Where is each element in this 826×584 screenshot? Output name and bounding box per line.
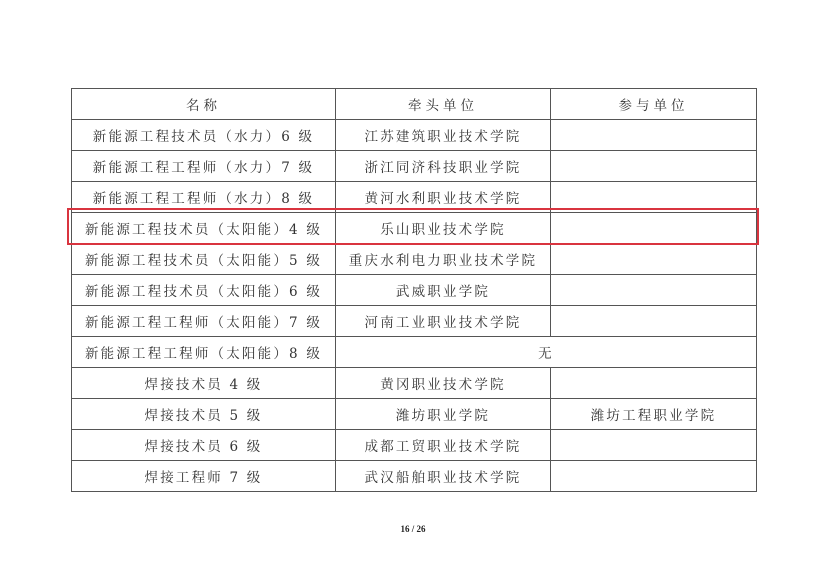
cell-lead-unit: 成都工贸职业技术学院 [336,430,551,461]
table-header-row: 名称 牵头单位 参与单位 [72,89,757,120]
cell-lead-unit: 武威职业学院 [336,275,551,306]
header-participant-unit: 参与单位 [551,89,757,120]
cell-lead-unit: 江苏建筑职业技术学院 [336,120,551,151]
table-row: 新能源工程工程师（水力）7 级 浙江同济科技职业学院 [72,151,757,182]
table-row: 焊接技术员 5 级 潍坊职业学院 潍坊工程职业学院 [72,399,757,430]
cell-name: 新能源工程工程师（太阳能）8 级 [72,337,336,368]
cell-name: 新能源工程工程师（太阳能）7 级 [72,306,336,337]
header-name: 名称 [72,89,336,120]
cell-participant-unit [551,213,757,244]
table-row-highlighted: 新能源工程技术员（太阳能）4 级 乐山职业技术学院 [72,213,757,244]
cell-lead-unit: 黄冈职业技术学院 [336,368,551,399]
cell-participant-unit [551,306,757,337]
cell-lead-unit-merged: 无 [336,337,757,368]
cell-name: 新能源工程技术员（太阳能）6 级 [72,275,336,306]
cell-participant-unit [551,151,757,182]
cell-lead-unit: 武汉船舶职业技术学院 [336,461,551,492]
cell-lead-unit: 黄河水利职业技术学院 [336,182,551,213]
cell-name: 新能源工程技术员（太阳能）5 级 [72,244,336,275]
cell-name: 焊接技术员 4 级 [72,368,336,399]
table-row: 新能源工程技术员（太阳能）6 级 武威职业学院 [72,275,757,306]
cell-name: 焊接技术员 5 级 [72,399,336,430]
table-row: 焊接工程师 7 级 武汉船舶职业技术学院 [72,461,757,492]
cell-lead-unit: 浙江同济科技职业学院 [336,151,551,182]
cell-name: 新能源工程工程师（水力）8 级 [72,182,336,213]
cell-participant-unit: 潍坊工程职业学院 [551,399,757,430]
table-row: 新能源工程工程师（太阳能）7 级 河南工业职业技术学院 [72,306,757,337]
table-row: 焊接技术员 4 级 黄冈职业技术学院 [72,368,757,399]
cell-lead-unit: 河南工业职业技术学院 [336,306,551,337]
table-row: 新能源工程技术员（水力）6 级 江苏建筑职业技术学院 [72,120,757,151]
cell-participant-unit [551,120,757,151]
cell-name: 新能源工程技术员（水力）6 级 [72,120,336,151]
document-page: 名称 牵头单位 参与单位 新能源工程技术员（水力）6 级 江苏建筑职业技术学院 … [0,0,826,584]
cell-lead-unit: 重庆水利电力职业技术学院 [336,244,551,275]
cell-participant-unit [551,244,757,275]
cell-participant-unit [551,275,757,306]
cell-name: 新能源工程工程师（水力）7 级 [72,151,336,182]
cell-lead-unit: 潍坊职业学院 [336,399,551,430]
cell-participant-unit [551,430,757,461]
table-row: 焊接技术员 6 级 成都工贸职业技术学院 [72,430,757,461]
cell-lead-unit: 乐山职业技术学院 [336,213,551,244]
cell-participant-unit [551,368,757,399]
cell-name: 新能源工程技术员（太阳能）4 级 [72,213,336,244]
page-number: 16 / 26 [0,524,826,534]
cell-participant-unit [551,182,757,213]
cell-participant-unit [551,461,757,492]
table-row: 新能源工程技术员（太阳能）5 级 重庆水利电力职业技术学院 [72,244,757,275]
cell-name: 焊接工程师 7 级 [72,461,336,492]
cell-name: 焊接技术员 6 级 [72,430,336,461]
header-lead-unit: 牵头单位 [336,89,551,120]
table-row: 新能源工程工程师（太阳能）8 级 无 [72,337,757,368]
table-row: 新能源工程工程师（水力）8 级 黄河水利职业技术学院 [72,182,757,213]
institution-table: 名称 牵头单位 参与单位 新能源工程技术员（水力）6 级 江苏建筑职业技术学院 … [71,88,757,492]
